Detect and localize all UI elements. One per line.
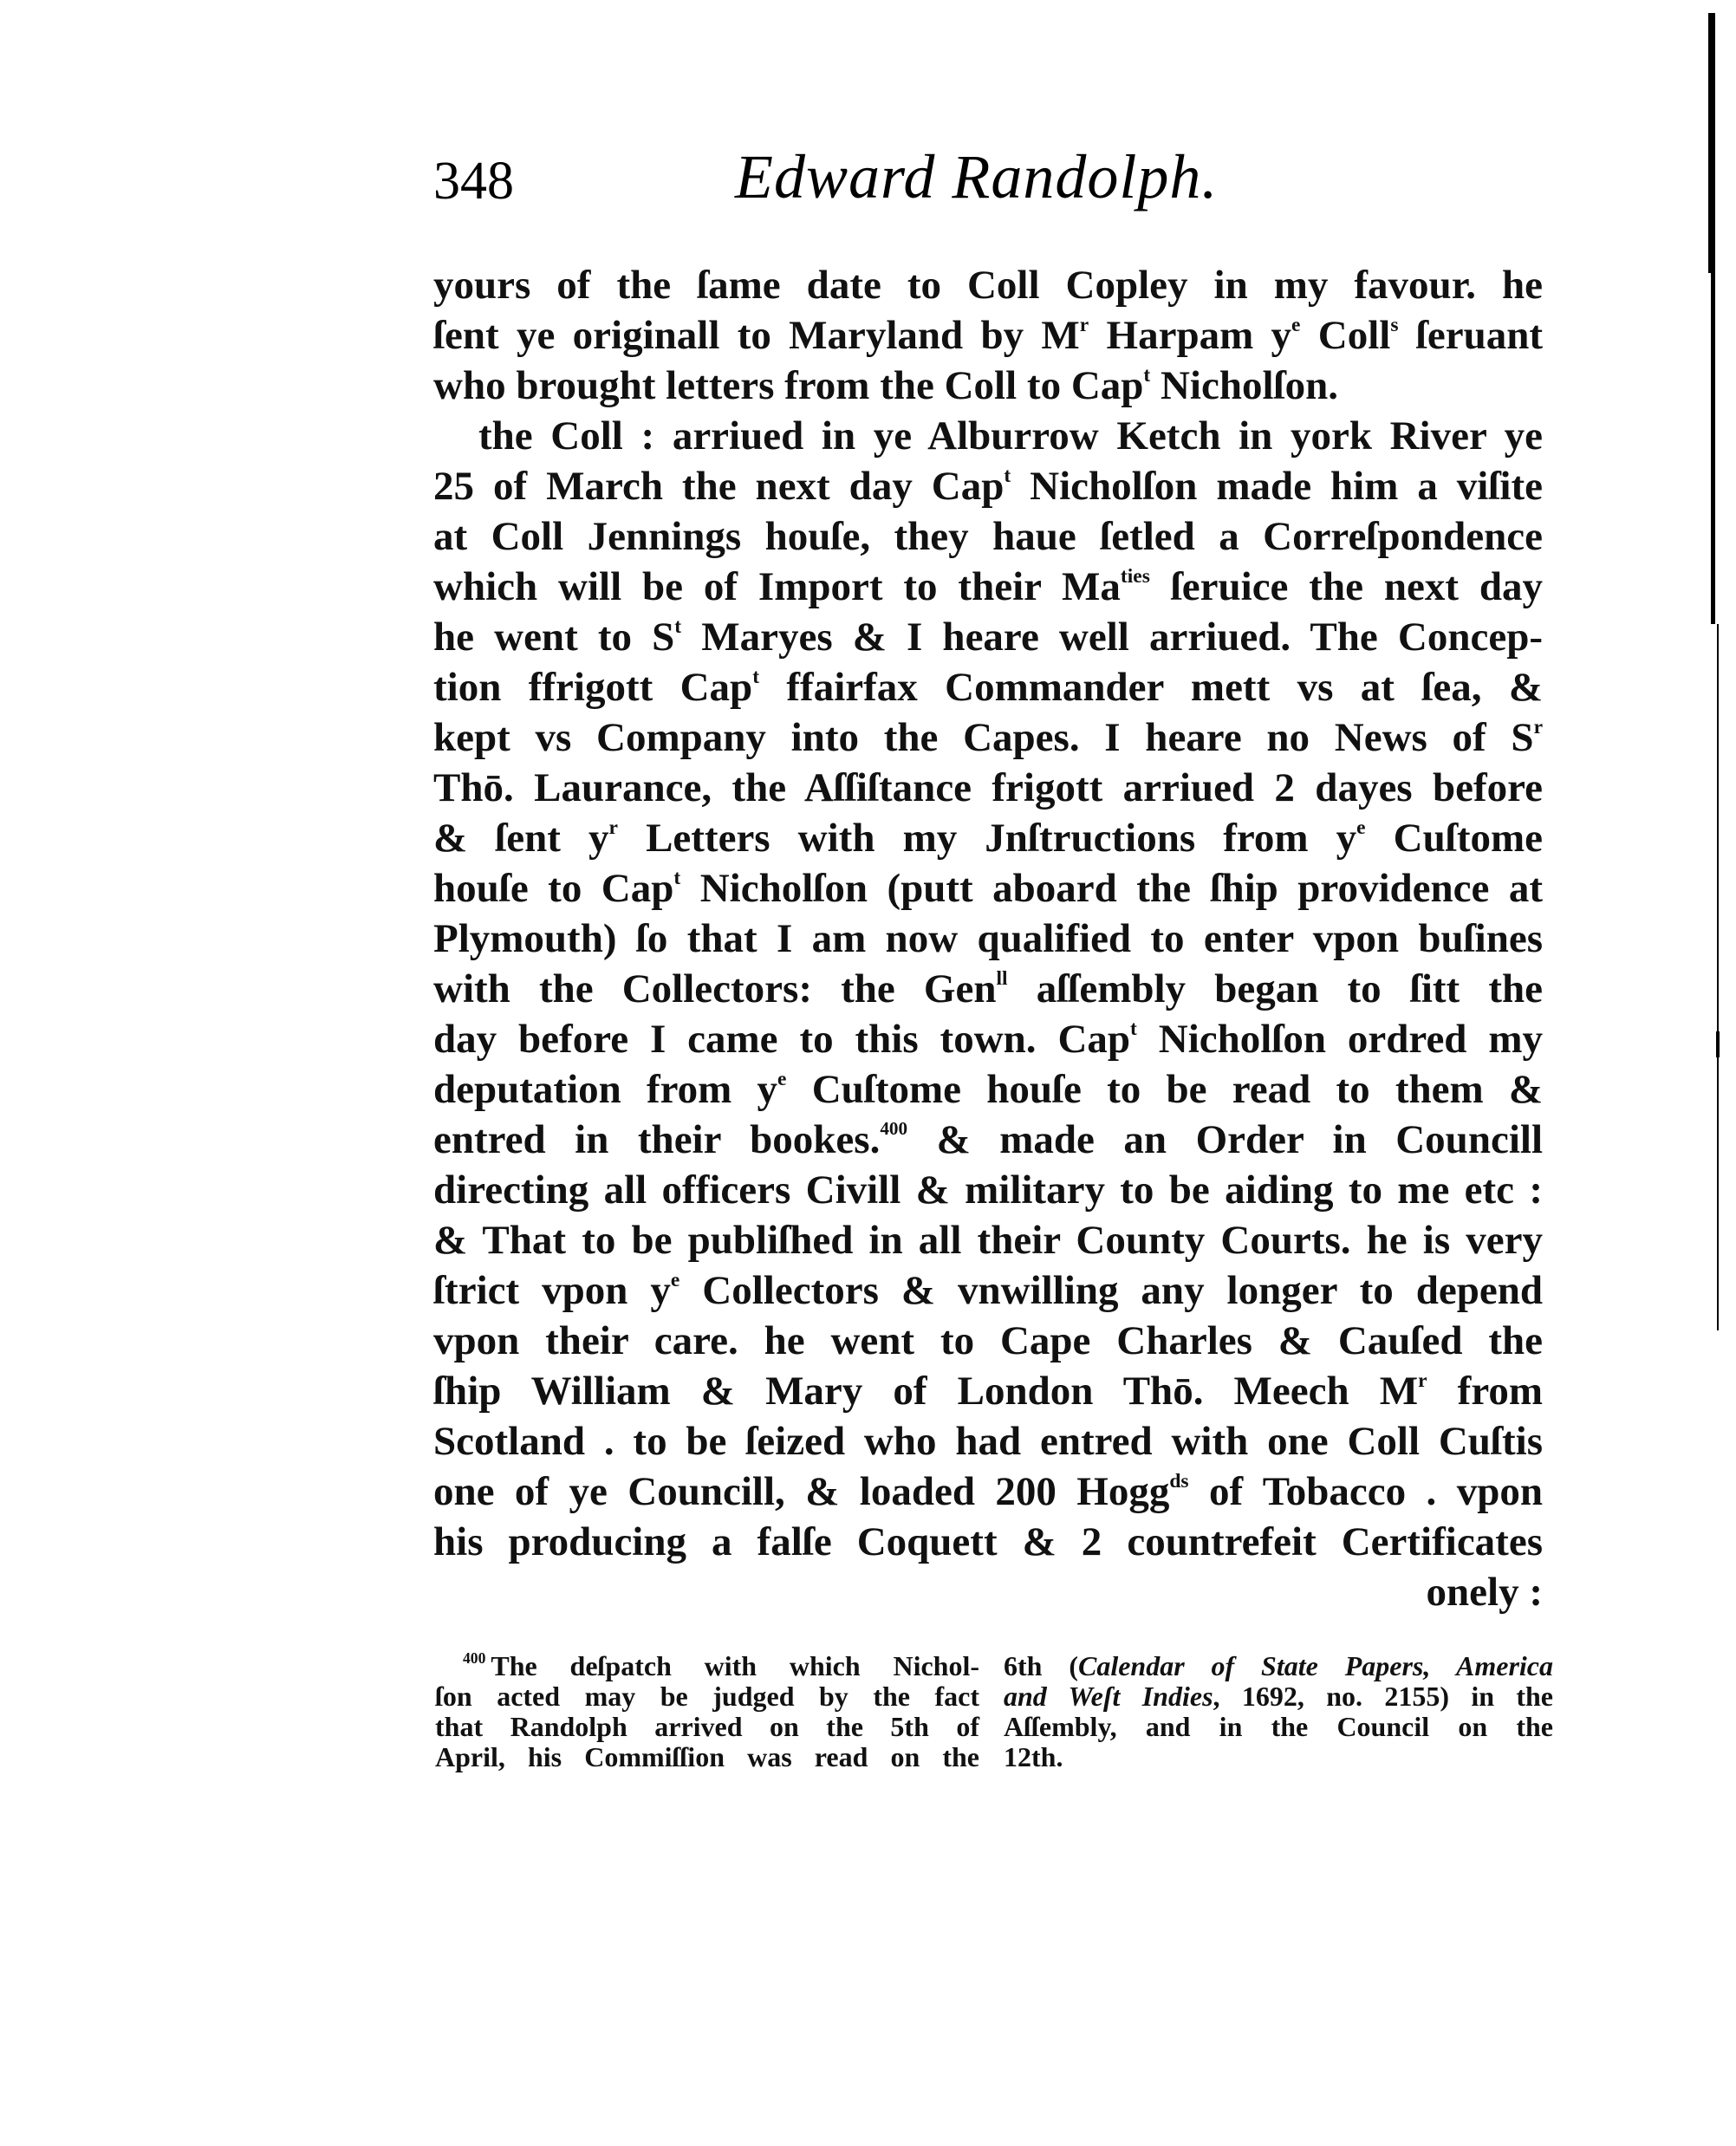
line-text: the Coll : arriued in ye Alburrow Ketch … [478, 413, 1543, 458]
line-text: houſe to Cap [433, 866, 673, 911]
superscript: ds [1169, 1470, 1188, 1492]
footnote-text: that Randolph arrived on the 5th of [435, 1711, 979, 1742]
body-line: with the Collectors: the Genll aſſembly … [433, 964, 1543, 1014]
line-text: tion ffrigott Cap [433, 665, 752, 710]
line-text: kept vs Company into the Capes. I heare … [433, 715, 1534, 760]
body-line: the Coll : arriued in ye Alburrow Ketch … [478, 411, 1543, 461]
body-line: entred in their bookes.400 & made an Ord… [433, 1115, 1543, 1165]
superscript: e [1356, 816, 1365, 839]
body-line: Thō. Laurance, the Aſſiſtance frigott ar… [433, 763, 1543, 813]
footnote-text: 6th ( [1004, 1650, 1078, 1681]
line-text: ſent ye originall to Maryland by M [433, 313, 1080, 358]
line-text: entred in their bookes. [433, 1117, 880, 1162]
superscript: t [1130, 1018, 1137, 1040]
line-text: Letters with my Jnſtructions from y [618, 816, 1356, 861]
footnote-marker: 400 [463, 1649, 485, 1667]
footnote-line: and Weſt Indies, 1692, no. 2155) in the [1004, 1681, 1553, 1712]
superscript: t [752, 666, 759, 688]
line-text: his producing a falſe Coquett & 2 countr… [433, 1519, 1543, 1564]
line-text: Cuſtome houſe to be read to them & [786, 1067, 1543, 1112]
line-text: 25 of March the next day Cap [433, 464, 1004, 509]
footnote-reference[interactable]: 400 [880, 1118, 907, 1139]
footnote-text: ſon acted may be judged by the fact [435, 1681, 979, 1712]
footnote-text: The deſpatch with which Nichol- [491, 1650, 979, 1681]
line-text: Cuſtome [1366, 816, 1543, 861]
line-text: Maryes & I heare well arriued. The Conce… [681, 615, 1543, 660]
scan-edge-line [1717, 624, 1719, 1330]
footnote-line: April, his Commiſſion was read on the [435, 1742, 979, 1772]
footnote-text: , 1692, no. 2155) in the [1213, 1681, 1553, 1712]
running-title: Edward Randolph. [735, 146, 1218, 208]
line-text: & ſent y [433, 816, 609, 861]
body-line: his producing a falſe Coquett & 2 countr… [433, 1517, 1543, 1567]
superscript: ties [1121, 565, 1150, 588]
footnote-citation-title: and Weſt Indies [1004, 1681, 1213, 1712]
body-line: Scotland . to be ſeized who had entred w… [433, 1416, 1543, 1466]
superscript: e [671, 1269, 679, 1291]
body-line: ſtrict vpon ye Collectors & vnwilling an… [433, 1265, 1543, 1316]
line-text: directing all officers Civill & military… [433, 1167, 1543, 1213]
line-text: one of ye Councill, & loaded 200 Hogg [433, 1469, 1169, 1514]
footnote-line: Aſſembly, and in the Council on the [1004, 1712, 1553, 1742]
line-text: onely : [1427, 1570, 1543, 1615]
line-text: vpon their care. he went to Cape Charles… [433, 1318, 1543, 1363]
body-line: he went to St Maryes & I heare well arri… [433, 612, 1543, 662]
line-text: Collectors & vnwilling any longer to dep… [679, 1268, 1543, 1313]
footnote-line: ſon acted may be judged by the fact [435, 1681, 979, 1712]
line-text: which will be of Import to their Ma [433, 564, 1121, 609]
footnote-column-left: 400The deſpatch with which Nichol- ſon a… [435, 1651, 979, 1772]
superscript: r [1080, 314, 1089, 336]
body-line: houſe to Capt Nicholſon (putt aboard the… [433, 863, 1543, 914]
line-text: from [1427, 1369, 1543, 1414]
running-head: 348 Edward Randolph. [0, 0, 1736, 225]
line-text: ſhip William & Mary of London Thō. Meech… [433, 1369, 1418, 1414]
line-text: yours of the ſame date to Coll Copley in… [433, 263, 1543, 308]
line-text: ſeruice the next day [1150, 564, 1543, 609]
body-line: Plymouth) ſo that I am now qualified to … [433, 914, 1543, 964]
line-text: at Coll Jennings houſe, they haue ſetled… [433, 514, 1543, 559]
superscript: r [1534, 716, 1543, 738]
body-line: ſent ye originall to Maryland by Mr Harp… [433, 310, 1543, 361]
line-text: ſeruant [1399, 313, 1544, 358]
footnote-text: April, his Commiſſion was read on the [435, 1741, 979, 1772]
footnote-citation-title: Calendar of State Papers, America [1078, 1650, 1553, 1681]
line-text: deputation from y [433, 1067, 777, 1112]
body-line: who brought letters from the Coll to Cap… [433, 361, 1543, 411]
page-number: 348 [433, 154, 514, 208]
body-line: 25 of March the next day Capt Nicholſon … [433, 461, 1543, 511]
superscript: s [1390, 314, 1398, 336]
superscript: e [777, 1068, 786, 1090]
line-text: ſtrict vpon y [433, 1268, 671, 1313]
line-text: aſſembly began to ſitt the [1008, 966, 1543, 1011]
scanned-book-page: 348 Edward Randolph. yours of the ſame d… [0, 0, 1736, 2146]
line-text: of Tobacco . vpon [1189, 1469, 1543, 1514]
line-text: who brought letters from the Coll to Cap [433, 363, 1143, 408]
scan-edge-line [1711, 260, 1715, 624]
catchword: onely : [433, 1567, 1543, 1617]
body-line: kept vs Company into the Capes. I heare … [433, 712, 1543, 763]
line-text: Coll [1300, 313, 1390, 358]
line-text: he went to S [433, 615, 674, 660]
line-text: Scotland . to be ſeized who had entred w… [433, 1419, 1543, 1464]
superscript: e [1291, 314, 1300, 336]
superscript: r [609, 816, 618, 839]
superscript: ll [997, 967, 1008, 990]
body-line: day before I came to this town. Capt Nic… [433, 1014, 1543, 1064]
footnote-column-right: 6th (Calendar of State Papers, America a… [1004, 1651, 1553, 1772]
body-line: ſhip William & Mary of London Thō. Meech… [433, 1366, 1543, 1416]
body-line: tion ffrigott Capt ffairfax Commander me… [433, 662, 1543, 712]
line-text: Plymouth) ſo that I am now qualified to … [433, 916, 1543, 961]
footnote-line: 6th (Calendar of State Papers, America [1004, 1651, 1553, 1681]
body-line: yours of the ſame date to Coll Copley in… [433, 260, 1543, 310]
body-line: at Coll Jennings houſe, they haue ſetled… [433, 511, 1543, 562]
line-text: Nicholſon (putt aboard the ſhip providen… [680, 866, 1543, 911]
line-text: Nicholſon. [1150, 363, 1338, 408]
footnote-text: Aſſembly, and in the Council on the [1004, 1711, 1553, 1742]
body-line: directing all officers Civill & military… [433, 1165, 1543, 1215]
footnote-line: 12th. [1004, 1742, 1553, 1772]
line-text: Harpam y [1089, 313, 1291, 358]
line-text: Thō. Laurance, the Aſſiſtance frigott ar… [433, 765, 1543, 810]
scan-edge-line [1716, 1031, 1720, 1057]
superscript: t [674, 615, 681, 638]
line-text: & made an Order in Councill [907, 1117, 1543, 1162]
line-text: ffairfax Commander mett vs at ſea, & [759, 665, 1543, 710]
line-text: & That to be publiſhed in all their Coun… [433, 1218, 1543, 1263]
superscript: r [1418, 1369, 1427, 1392]
line-text: with the Collectors: the Gen [433, 966, 997, 1011]
body-line: & That to be publiſhed in all their Coun… [433, 1215, 1543, 1265]
body-line: which will be of Import to their Maties … [433, 562, 1543, 612]
footnote-text: 12th. [1004, 1741, 1063, 1772]
line-text: Nicholſon made him a viſite [1011, 464, 1543, 509]
body-line: one of ye Councill, & loaded 200 Hoggds … [433, 1466, 1543, 1517]
body-line: vpon their care. he went to Cape Charles… [433, 1316, 1543, 1366]
footnote-line: 400The deſpatch with which Nichol- [435, 1651, 979, 1681]
body-line: & ſent yr Letters with my Jnſtructions f… [433, 813, 1543, 863]
line-text: day before I came to this town. Cap [433, 1017, 1130, 1062]
footnote-line: that Randolph arrived on the 5th of [435, 1712, 979, 1742]
line-text: Nicholſon ordred my [1137, 1017, 1543, 1062]
body-line: deputation from ye Cuſtome houſe to be r… [433, 1064, 1543, 1115]
